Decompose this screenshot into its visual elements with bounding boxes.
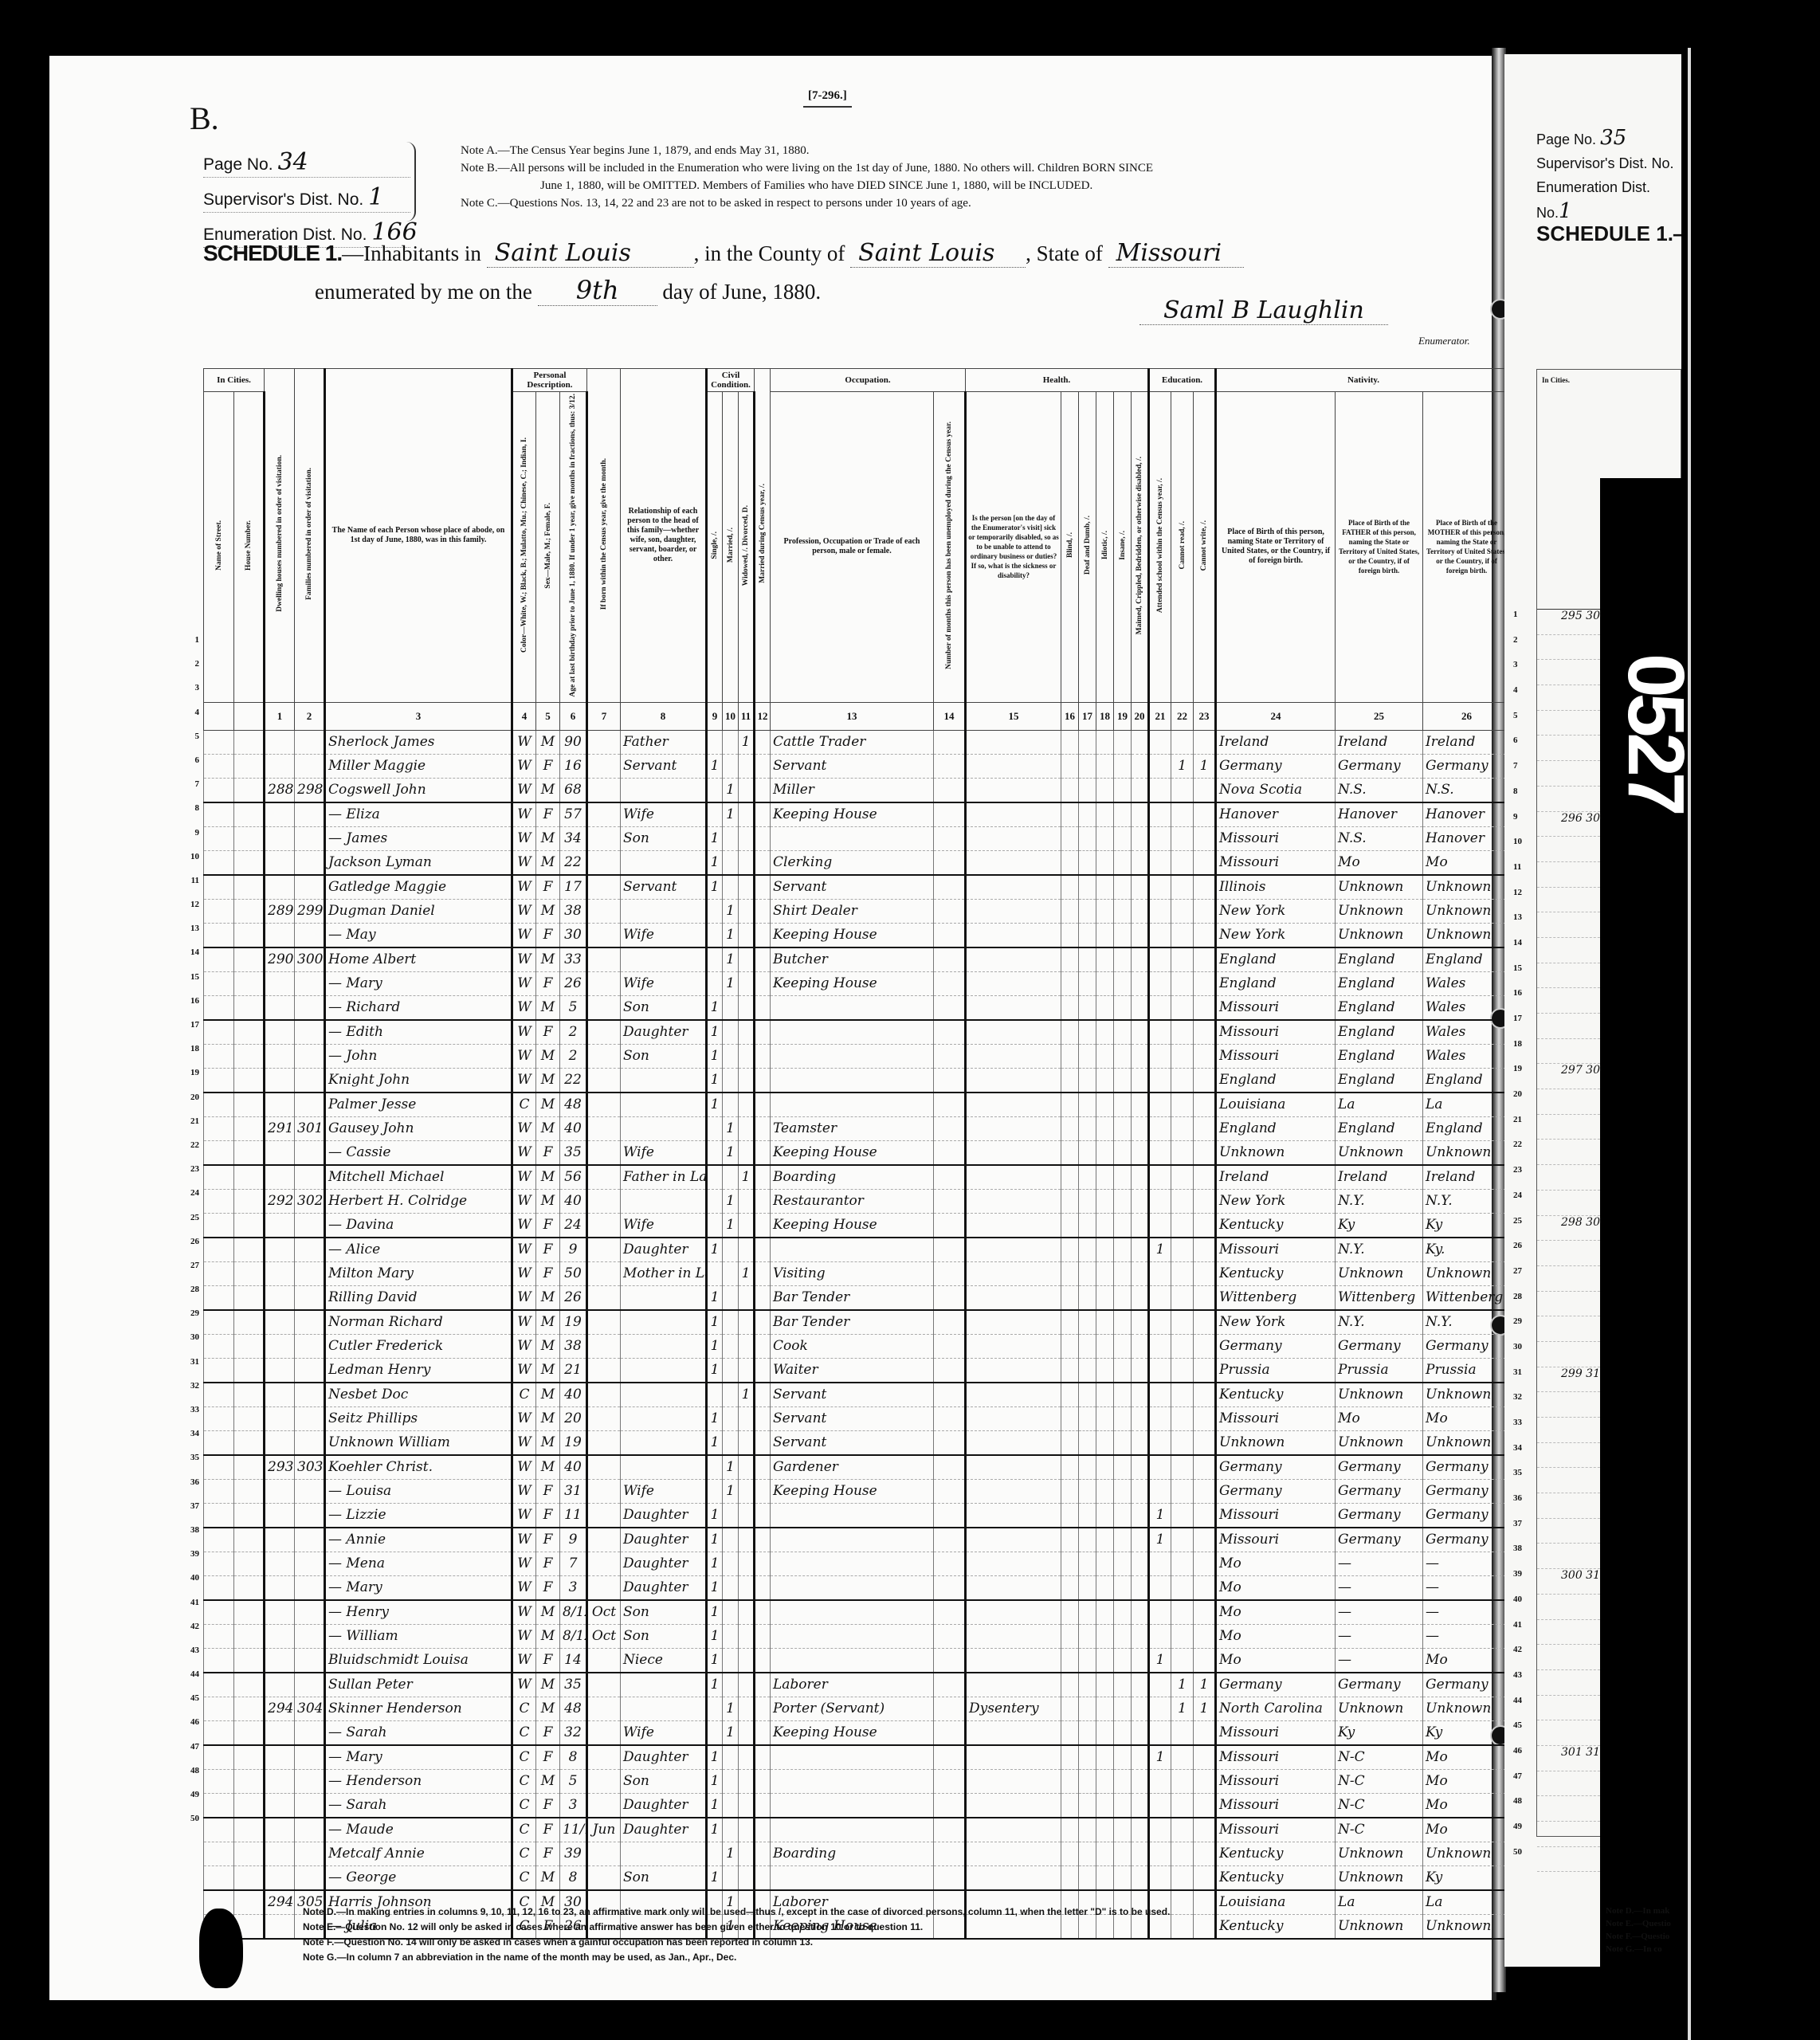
cell-write	[1194, 1334, 1216, 1358]
cell-month	[587, 1430, 621, 1455]
cell-age: 38	[560, 1334, 587, 1358]
cell-month	[587, 1648, 621, 1673]
census-row: — MayWF30Wife1Keeping HouseNew YorkUnkno…	[204, 923, 1511, 947]
cell-fbp: Unknown	[1336, 1430, 1423, 1455]
cell-rel: Daughter	[621, 1503, 707, 1528]
group-nativity: Nativity.	[1216, 369, 1511, 392]
cell-house	[234, 1406, 265, 1430]
cell-age: 9	[560, 1238, 587, 1262]
cell-b20	[1132, 778, 1149, 802]
cell-bp: Missouri	[1216, 1044, 1336, 1068]
cell-widowed: 1	[739, 730, 755, 754]
cell-widowed	[739, 1213, 755, 1238]
cell-b17	[1079, 899, 1096, 923]
cell-dw	[265, 1383, 295, 1407]
header-sickness: Is the person [on the day of the Enumera…	[966, 392, 1061, 703]
next-page-no: 35	[1600, 126, 1626, 150]
cell-age: 8/12	[560, 1600, 587, 1625]
cell-bp: New York	[1216, 899, 1336, 923]
cell-sick	[966, 995, 1061, 1020]
cell-b19	[1114, 1575, 1132, 1600]
cell-b19	[1114, 826, 1132, 850]
scan-border	[1696, 48, 1820, 2040]
cell-read	[1171, 1406, 1194, 1430]
cell-fam	[295, 754, 325, 778]
cell-sick	[966, 850, 1061, 875]
cell-b18	[1096, 1455, 1114, 1480]
cell-street	[204, 1358, 234, 1383]
cell-single	[707, 1842, 723, 1865]
cell-dw	[265, 1406, 295, 1430]
cell-b18	[1096, 1552, 1114, 1575]
cell-fbp: Unknown	[1336, 1914, 1423, 1939]
cell-married: 1	[723, 1842, 739, 1865]
cell-color: W	[512, 850, 536, 875]
cell-sex: M	[536, 826, 560, 850]
row-number: 17	[183, 1013, 199, 1037]
row-number: 30	[183, 1325, 199, 1349]
column-number: 14	[934, 702, 966, 730]
cell-sex: M	[536, 1383, 560, 1407]
cell-b18	[1096, 1745, 1114, 1770]
cell-b19	[1114, 1818, 1132, 1842]
group-personal-description: Personal Description.	[512, 369, 587, 392]
cell-widowed	[739, 1600, 755, 1625]
cell-b17	[1079, 1285, 1096, 1310]
cell-street	[204, 1189, 234, 1213]
census-row: 289299Dugman DanielWM381Shirt DealerNew …	[204, 899, 1511, 923]
cell-age: 8	[560, 1745, 587, 1770]
cell-b19	[1114, 1624, 1132, 1648]
cell-fam	[295, 1261, 325, 1285]
enumerator-label: Enumerator.	[1418, 335, 1470, 347]
cell-street	[204, 1044, 234, 1068]
cell-bp: Kentucky	[1216, 1842, 1336, 1865]
census-row: Unknown WilliamWM191ServantUnknownUnknow…	[204, 1430, 1511, 1455]
cell-age: 14	[560, 1648, 587, 1673]
cell-sick	[966, 1238, 1061, 1262]
cell-b16	[1061, 1793, 1079, 1818]
row-number: 3	[183, 676, 199, 700]
cell-unemp	[934, 1430, 966, 1455]
cell-rel	[621, 1697, 707, 1720]
cell-b20	[1132, 1793, 1149, 1818]
cell-b18	[1096, 730, 1114, 754]
cell-b20	[1132, 1285, 1149, 1310]
cell-occ: Porter (Servant)	[771, 1697, 934, 1720]
cell-house	[234, 1383, 265, 1407]
cell-single	[707, 1455, 723, 1480]
cell-b16	[1061, 1720, 1079, 1745]
cell-b18	[1096, 1068, 1114, 1093]
cell-b20	[1132, 1261, 1149, 1285]
cell-house	[234, 730, 265, 754]
cell-rel: Niece	[621, 1648, 707, 1673]
cell-house	[234, 1769, 265, 1793]
cell-bp: England	[1216, 971, 1336, 995]
cell-mbp: Ky.	[1423, 1238, 1511, 1262]
cell-married	[723, 754, 739, 778]
cell-school	[1149, 1769, 1171, 1793]
cell-mbp: Germany	[1423, 1528, 1511, 1552]
cell-b16	[1061, 1020, 1079, 1045]
census-row: Nesbet DocCM401ServantKentuckyUnknownUnk…	[204, 1383, 1511, 1407]
header-deaf: Deaf and Dumb, /.	[1079, 392, 1096, 703]
cell-b16	[1061, 1818, 1079, 1842]
cell-sick	[966, 1285, 1061, 1310]
cell-my	[755, 971, 771, 995]
cell-b16	[1061, 1745, 1079, 1770]
cell-write	[1194, 1793, 1216, 1818]
cell-single	[707, 1213, 723, 1238]
cell-sick	[966, 1455, 1061, 1480]
cell-b17	[1079, 1575, 1096, 1600]
cell-write	[1194, 1093, 1216, 1117]
next-page-schedule-title: SCHEDULE 1.—I	[1536, 222, 1681, 246]
cell-b18	[1096, 826, 1114, 850]
cell-school	[1149, 730, 1171, 754]
cell-rel: Servant	[621, 754, 707, 778]
cell-month	[587, 971, 621, 995]
cell-b16	[1061, 1238, 1079, 1262]
cell-married	[723, 1575, 739, 1600]
cell-month	[587, 1068, 621, 1093]
cell-b19	[1114, 1261, 1132, 1285]
cell-write	[1194, 971, 1216, 995]
cell-widowed	[739, 1455, 755, 1480]
census-row: — SarahCF3Daughter1MissouriN-CMo	[204, 1793, 1511, 1818]
cell-write	[1194, 1430, 1216, 1455]
column-number: 20	[1132, 702, 1149, 730]
cell-dw	[265, 1358, 295, 1383]
cell-my	[755, 1020, 771, 1045]
row-number: 10	[183, 845, 199, 869]
cell-my	[755, 1189, 771, 1213]
cell-married	[723, 1285, 739, 1310]
cell-unemp	[934, 1310, 966, 1335]
cell-unemp	[934, 1745, 966, 1770]
cell-b17	[1079, 947, 1096, 972]
cell-write	[1194, 1624, 1216, 1648]
cell-my	[755, 826, 771, 850]
cell-street	[204, 875, 234, 900]
cell-read	[1171, 971, 1194, 995]
cell-school	[1149, 1575, 1171, 1600]
cell-widowed: 1	[739, 1261, 755, 1285]
cell-mbp: N.Y.	[1423, 1189, 1511, 1213]
cell-unemp	[934, 875, 966, 900]
cell-b20	[1132, 1093, 1149, 1117]
cell-fbp: N.S.	[1336, 778, 1423, 802]
cell-fam	[295, 1479, 325, 1503]
cell-occ: Servant	[771, 754, 934, 778]
cell-b18	[1096, 1261, 1114, 1285]
row-number: 22	[183, 1133, 199, 1157]
cell-rel: Son	[621, 1769, 707, 1793]
cell-b18	[1096, 1116, 1114, 1140]
cell-age: 50	[560, 1261, 587, 1285]
cell-sex: M	[536, 1697, 560, 1720]
cell-b17	[1079, 1600, 1096, 1625]
cell-house	[234, 1865, 265, 1890]
cell-b17	[1079, 1044, 1096, 1068]
census-row: Knight JohnWM221EnglandEnglandEngland	[204, 1068, 1511, 1093]
cell-rel: Father	[621, 730, 707, 754]
cell-single: 1	[707, 1044, 723, 1068]
header-dwelling: Dwelling houses numbered in order of vis…	[265, 369, 295, 703]
cell-house	[234, 1745, 265, 1770]
cell-write	[1194, 1068, 1216, 1093]
cell-b18	[1096, 1383, 1114, 1407]
cell-b19	[1114, 1503, 1132, 1528]
cell-b19	[1114, 1310, 1132, 1335]
cell-widowed	[739, 1479, 755, 1503]
cell-write	[1194, 995, 1216, 1020]
cell-widowed	[739, 1406, 755, 1430]
cell-street	[204, 995, 234, 1020]
cell-my	[755, 1720, 771, 1745]
footer-notes: Note D.—In making entries in columns 9, …	[303, 1905, 1170, 1965]
cell-street	[204, 1720, 234, 1745]
census-rows: Sherlock JamesWM90Father1Cattle TraderIr…	[204, 730, 1511, 1939]
cell-b16	[1061, 1140, 1079, 1165]
cell-name: Seitz Phillips	[325, 1406, 512, 1430]
cell-fam	[295, 1044, 325, 1068]
census-row: Palmer JesseCM481LouisianaLaLa	[204, 1093, 1511, 1117]
cell-occ	[771, 1865, 934, 1890]
cell-house	[234, 802, 265, 827]
cell-school	[1149, 1068, 1171, 1093]
cell-mbp: Germany	[1423, 1479, 1511, 1503]
cell-b19	[1114, 1334, 1132, 1358]
cell-b19	[1114, 1745, 1132, 1770]
cell-b19	[1114, 1140, 1132, 1165]
cell-rel: Wife	[621, 802, 707, 827]
cell-house	[234, 1261, 265, 1285]
cell-read: 1	[1171, 1673, 1194, 1697]
cell-sex: M	[536, 1673, 560, 1697]
cell-b17	[1079, 1383, 1096, 1407]
cell-month	[587, 1383, 621, 1407]
cell-b20	[1132, 1238, 1149, 1262]
cell-month	[587, 1455, 621, 1480]
cell-b19	[1114, 875, 1132, 900]
cell-occ	[771, 1818, 934, 1842]
cell-married	[723, 1865, 739, 1890]
cell-month	[587, 1865, 621, 1890]
cell-street	[204, 1575, 234, 1600]
cell-bp: Kentucky	[1216, 1213, 1336, 1238]
cell-bp: Missouri	[1216, 1818, 1336, 1842]
cell-color: W	[512, 1455, 536, 1480]
cell-read	[1171, 875, 1194, 900]
cell-color: C	[512, 1818, 536, 1842]
cell-unemp	[934, 1818, 966, 1842]
cell-bp: Kentucky	[1216, 1383, 1336, 1407]
cell-write	[1194, 1503, 1216, 1528]
cell-widowed	[739, 1575, 755, 1600]
cell-write	[1194, 1189, 1216, 1213]
cell-occ	[771, 1600, 934, 1625]
column-number-row: 1234567891011121314151617181920212223242…	[204, 702, 1511, 730]
cell-b16	[1061, 1455, 1079, 1480]
cell-single	[707, 1479, 723, 1503]
row-number: 24	[183, 1181, 199, 1205]
cell-widowed	[739, 1624, 755, 1648]
cell-b18	[1096, 1600, 1114, 1625]
cell-bp: Ireland	[1216, 1165, 1336, 1190]
enumeration-date-line: enumerated by me on the 9th day of June,…	[315, 275, 821, 306]
cell-sick	[966, 1648, 1061, 1673]
cell-occ: Keeping House	[771, 1720, 934, 1745]
cell-b16	[1061, 1358, 1079, 1383]
cell-mbp: Germany	[1423, 1673, 1511, 1697]
row-numbers: 1234567891011121314151617181920212223242…	[183, 628, 199, 1830]
cell-b17	[1079, 1406, 1096, 1430]
cell-house	[234, 1285, 265, 1310]
cell-fam	[295, 1600, 325, 1625]
cell-widowed	[739, 1285, 755, 1310]
cell-fbp: —	[1336, 1600, 1423, 1625]
cell-unemp	[934, 1479, 966, 1503]
cell-write	[1194, 1842, 1216, 1865]
cell-single: 1	[707, 1528, 723, 1552]
cell-married	[723, 1238, 739, 1262]
cell-school	[1149, 778, 1171, 802]
cell-b20	[1132, 1697, 1149, 1720]
cell-mbp: Unknown	[1423, 1914, 1511, 1939]
cell-fam	[295, 995, 325, 1020]
cell-unemp	[934, 1044, 966, 1068]
cell-unemp	[934, 1842, 966, 1865]
cell-sick	[966, 1528, 1061, 1552]
cell-b20	[1132, 1648, 1149, 1673]
cell-school	[1149, 1020, 1171, 1045]
cell-b19	[1114, 1697, 1132, 1720]
cell-b16	[1061, 1310, 1079, 1335]
cell-b18	[1096, 1818, 1114, 1842]
cell-rel	[621, 1285, 707, 1310]
column-number: 6	[560, 702, 587, 730]
cell-b17	[1079, 1455, 1096, 1480]
cell-b17	[1079, 923, 1096, 947]
cell-unemp	[934, 1455, 966, 1480]
cell-read	[1171, 1720, 1194, 1745]
cell-color: C	[512, 1865, 536, 1890]
cell-widowed	[739, 850, 755, 875]
cell-fam	[295, 1068, 325, 1093]
cell-bp: Missouri	[1216, 1720, 1336, 1745]
row-number: 48	[183, 1759, 199, 1783]
cell-name: Herbert H. Colridge	[325, 1189, 512, 1213]
cell-mbp: N.S.	[1423, 778, 1511, 802]
cell-b18	[1096, 778, 1114, 802]
cell-sick	[966, 1189, 1061, 1213]
cell-house	[234, 1140, 265, 1165]
cell-b19	[1114, 1189, 1132, 1213]
cell-street	[204, 1455, 234, 1480]
cell-color: W	[512, 971, 536, 995]
cell-house	[234, 1624, 265, 1648]
cell-fam	[295, 826, 325, 850]
cell-b20	[1132, 1165, 1149, 1190]
cell-unemp	[934, 826, 966, 850]
cell-color: C	[512, 1769, 536, 1793]
cell-occ	[771, 1093, 934, 1117]
cell-month	[587, 947, 621, 972]
cell-sex: F	[536, 1818, 560, 1842]
cell-fam: 301	[295, 1116, 325, 1140]
cell-write	[1194, 730, 1216, 754]
cell-write	[1194, 875, 1216, 900]
cell-occ: Waiter	[771, 1358, 934, 1383]
cell-married	[723, 1745, 739, 1770]
cell-color: W	[512, 947, 536, 972]
cell-read	[1171, 1455, 1194, 1480]
cell-fbp: Germany	[1336, 1455, 1423, 1480]
cell-read	[1171, 1818, 1194, 1842]
cell-street	[204, 923, 234, 947]
header-cannot-read: Cannot read, /.	[1171, 392, 1194, 703]
cell-name: — Sarah	[325, 1793, 512, 1818]
cell-b18	[1096, 1358, 1114, 1383]
cell-bp: North Carolina	[1216, 1697, 1336, 1720]
cell-month	[587, 1116, 621, 1140]
cell-rel: Daughter	[621, 1745, 707, 1770]
cell-b16	[1061, 1673, 1079, 1697]
cell-occ: Gardener	[771, 1455, 934, 1480]
cell-house	[234, 1189, 265, 1213]
cell-single: 1	[707, 1503, 723, 1528]
cell-mbp: England	[1423, 947, 1511, 972]
cell-b20	[1132, 1769, 1149, 1793]
header-name: The Name of each Person whose place of a…	[325, 369, 512, 703]
cell-write	[1194, 1358, 1216, 1383]
cell-b16	[1061, 1430, 1079, 1455]
cell-b16	[1061, 1769, 1079, 1793]
cell-color: W	[512, 754, 536, 778]
cell-unemp	[934, 1285, 966, 1310]
cell-fam	[295, 1358, 325, 1383]
cell-my	[755, 1358, 771, 1383]
cell-single	[707, 1697, 723, 1720]
cell-school	[1149, 1116, 1171, 1140]
cell-widowed	[739, 1189, 755, 1213]
column-number: 22	[1171, 702, 1194, 730]
cell-unemp	[934, 1575, 966, 1600]
cell-sick	[966, 1479, 1061, 1503]
cell-b19	[1114, 1600, 1132, 1625]
cell-dw	[265, 1238, 295, 1262]
cell-house	[234, 778, 265, 802]
cell-fam	[295, 971, 325, 995]
cell-age: 21	[560, 1358, 587, 1383]
row-number: 9	[183, 821, 199, 845]
cell-widowed	[739, 1358, 755, 1383]
cell-unemp	[934, 1793, 966, 1818]
cell-widowed	[739, 1116, 755, 1140]
census-row: — DavinaWF24Wife1Keeping HouseKentuckyKy…	[204, 1213, 1511, 1238]
cell-street	[204, 1600, 234, 1625]
cell-write	[1194, 1140, 1216, 1165]
cell-read	[1171, 802, 1194, 827]
cell-school	[1149, 1842, 1171, 1865]
cell-sex: M	[536, 1600, 560, 1625]
cell-rel: Son	[621, 1044, 707, 1068]
cell-fbp: Unknown	[1336, 899, 1423, 923]
cell-occ: Bar Tender	[771, 1310, 934, 1335]
cell-b16	[1061, 826, 1079, 850]
